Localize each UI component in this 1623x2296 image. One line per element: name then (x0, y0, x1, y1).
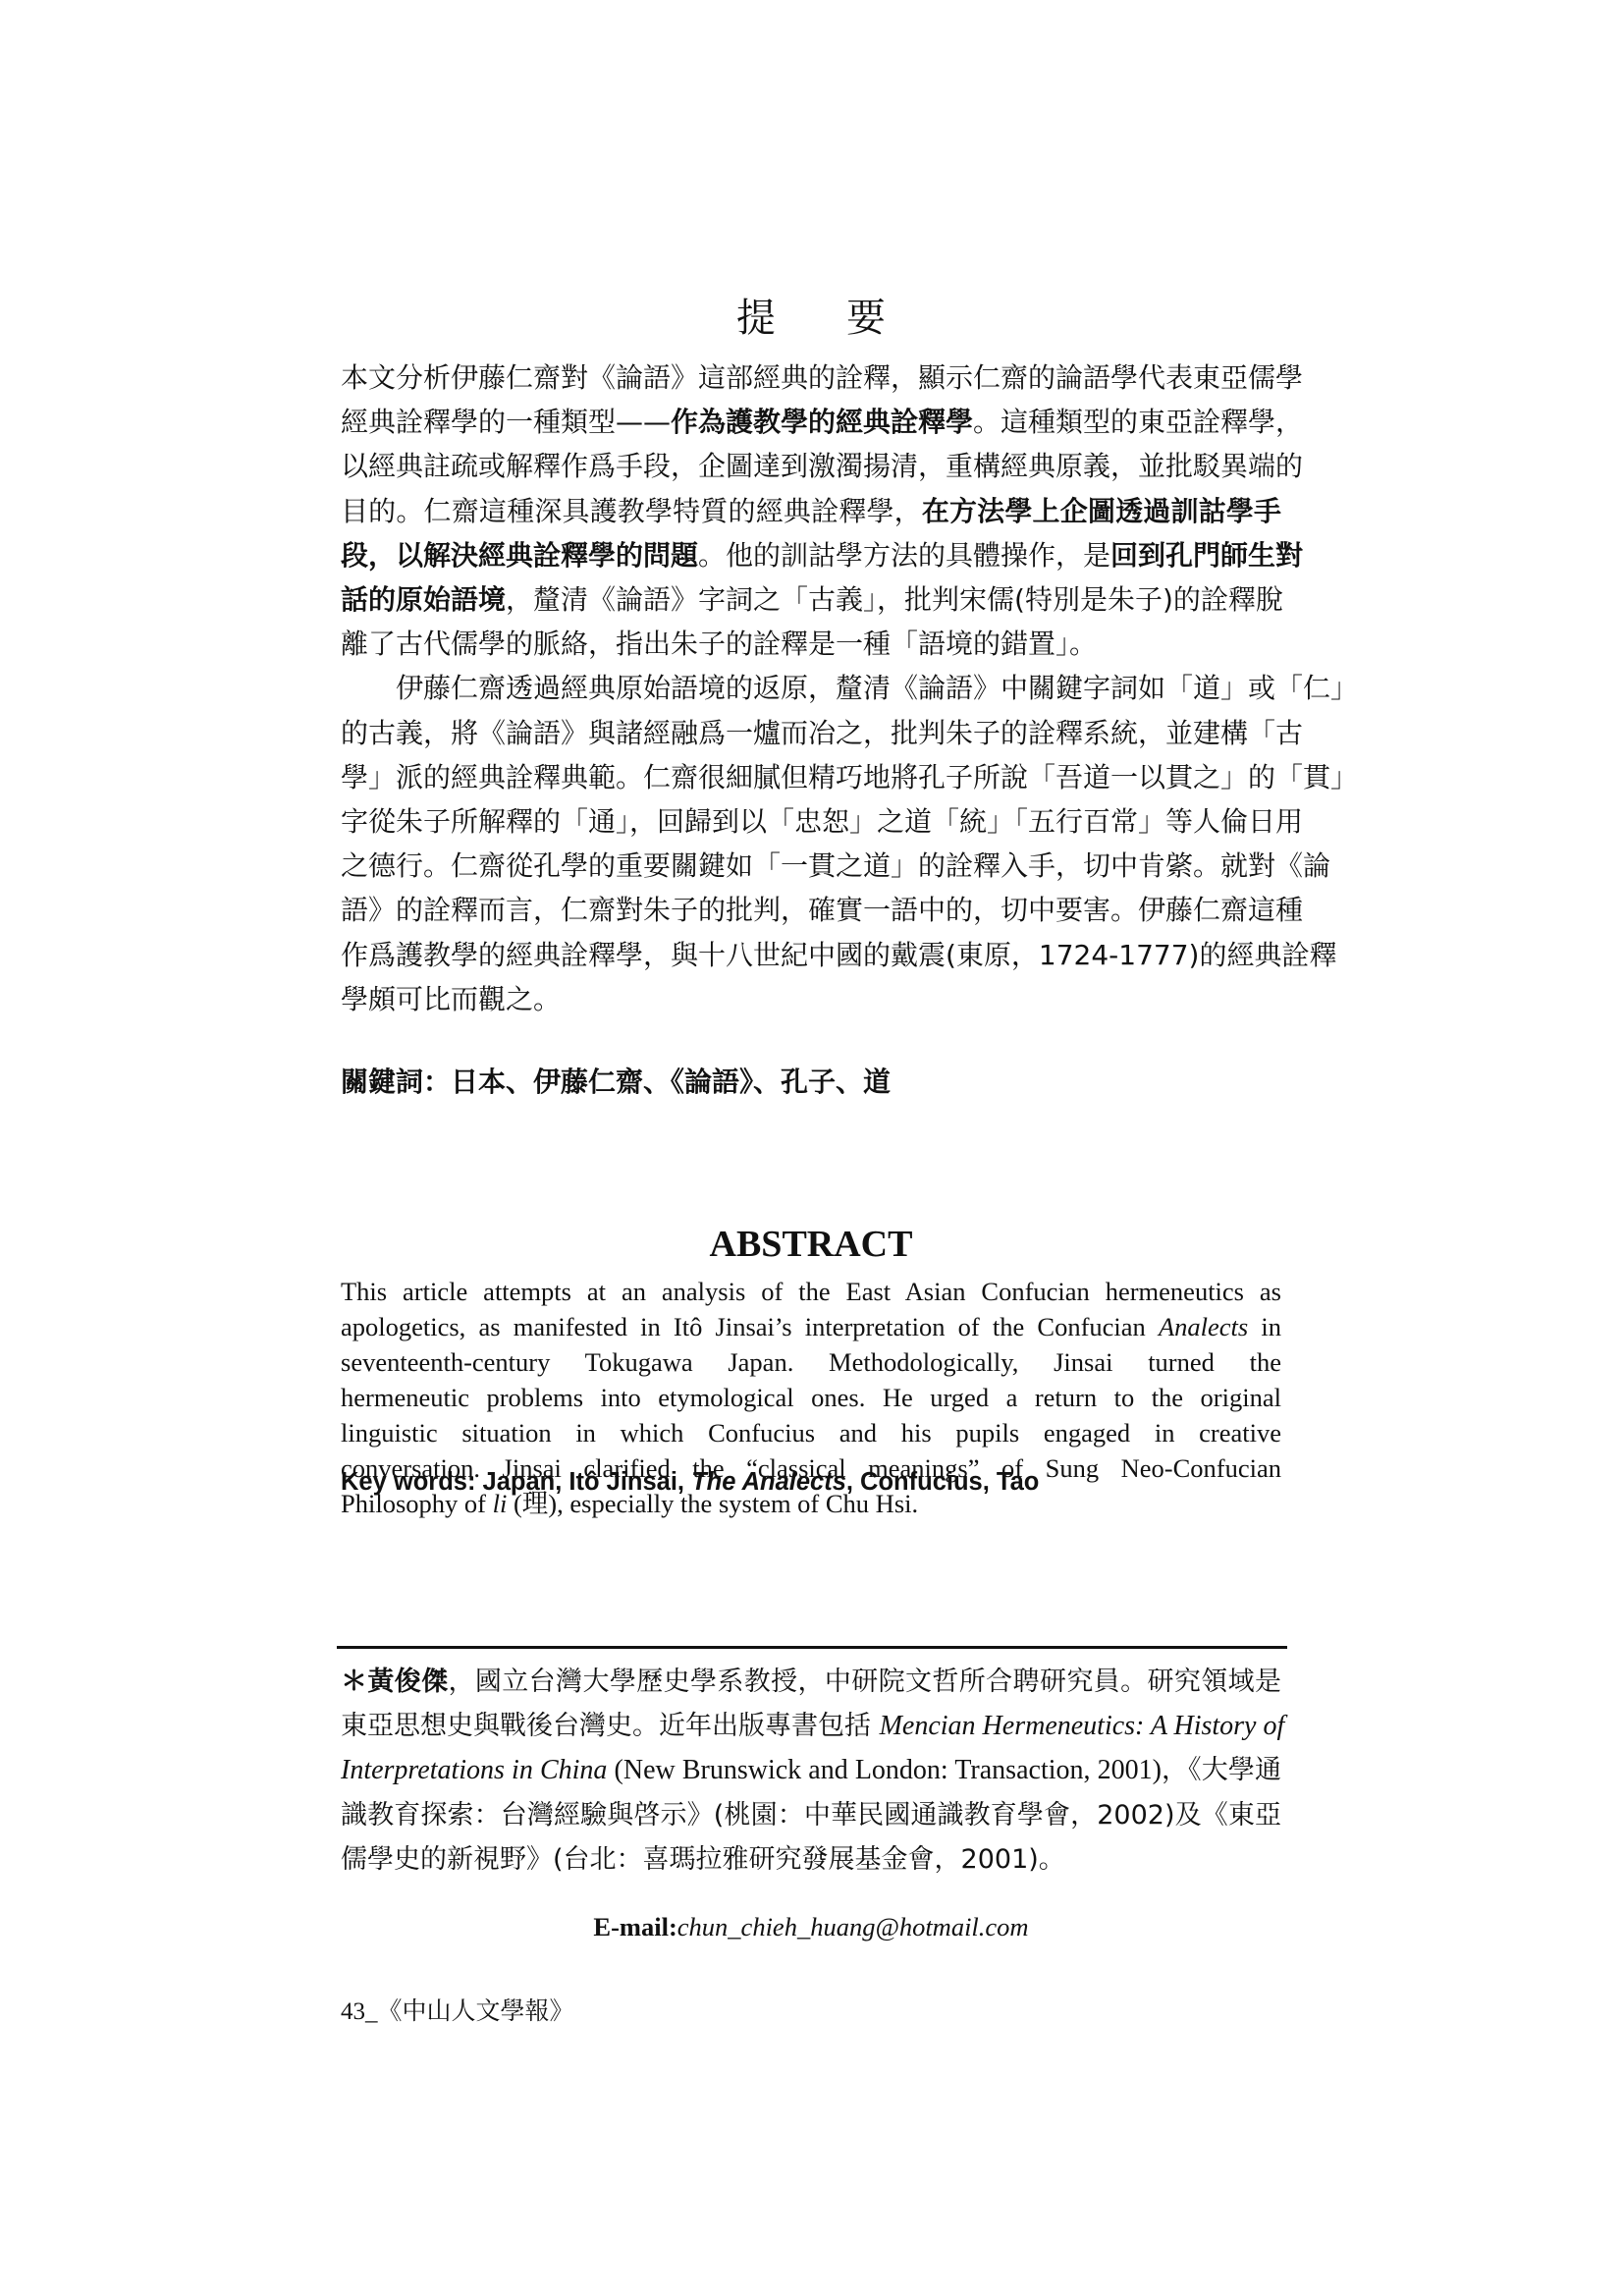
text-segment: 離了古代儒學的脈絡，指出朱子的詮釋是一種「語境的錯置」。 (341, 628, 1097, 660)
text-line: 離了古代儒學的脈絡，指出朱子的詮釋是一種「語境的錯置」。 (341, 622, 1281, 666)
text-line: 字從朱子所解釋的「通」，回歸到以「忠恕」之道「統」「五行百常」等人倫日用 (341, 799, 1281, 844)
author-email: E-mail:chun_chieh_huang@hotmail.com (341, 1909, 1281, 1944)
text-segment: 伊藤仁齋透過經典原始語境的返原，釐清《論語》中關鍵字詞如「道」或「仁」 (396, 672, 1358, 704)
text-line: 以經典註疏或解釋作爲手段，企圖達到激濁揚清，重構經典原義，並批駁異端的 (341, 444, 1281, 488)
english-keywords-prefix: Key words: Japan, Itô Jinsai, (341, 1468, 691, 1496)
text-segment: ，《大學通 (1162, 1755, 1281, 1785)
text-line: hermeneutic problems into etymological o… (341, 1380, 1281, 1415)
text-segment: 之德行。仁齋從孔學的重要關鍵如「一貫之道」的詮釋入手，切中肯綮。就對《論 (341, 849, 1330, 882)
page-footer: 43_《中山人文學報》 (341, 1995, 574, 2029)
text-line: seventeenth-century Tokugawa Japan. Meth… (341, 1344, 1281, 1380)
page-number: 43 (341, 1998, 365, 2025)
text-segment: 目的。仁齋這種深具護教學特質的經典詮釋學， (341, 495, 922, 527)
text-segment: 學頗可比而觀之。 (341, 983, 561, 1015)
text-line: 學」派的經典詮釋典範。仁齋很細膩但精巧地將孔子所說「吾道一以貫之」的「貫」 (341, 755, 1281, 799)
emphasized-phrase: 在方法學上企圖透過訓詁學手 (922, 495, 1281, 527)
english-keywords-italic: The Analects (691, 1468, 846, 1496)
emphasized-phrase: 作為護教學的經典詮釋學 (671, 406, 973, 438)
page-footer-separator: _ (365, 1998, 378, 2025)
text-line: 語》的詮釋而言，仁齋對朱子的批判，確實一語中的，切中要害。伊藤仁齋這種 (341, 888, 1281, 932)
emphasized-phrase: 回到孔門師生對 (1110, 539, 1303, 572)
text-line: 識教育探索：台灣經驗與啓示》(桃園：中華民國通識教育學會，2002)及《東亞 (341, 1793, 1281, 1837)
chinese-keywords: 關鍵詞：日本、伊藤仁齋、《論語》、孔子、道 (341, 1063, 891, 1102)
emphasized-phrase: 段，以解決經典詮釋學的問題 (341, 539, 698, 572)
text-segment: Interpretations in China (341, 1755, 607, 1785)
english-keywords: Key words: Japan, Itô Jinsai, The Analec… (341, 1465, 1039, 1499)
text-line: ＊黃俊傑，國立台灣大學歷史學系教授，中研院文哲所合聘研究員。研究領域是 (341, 1660, 1281, 1704)
text-segment: 的古義，將《論語》與諸經融爲一爐而冶之，批判朱子的詮釋系統，並建構「古 (341, 717, 1303, 749)
text-segment: 學」派的經典詮釋典範。仁齋很細膩但精巧地將孔子所說「吾道一以貫之」的「貫」 (341, 761, 1358, 793)
text-segment: seventeenth-century Tokugawa Japan. Meth… (341, 1347, 1281, 1377)
text-segment: 以經典註疏或解釋作爲手段，企圖達到激濁揚清，重構經典原義，並批駁異端的 (341, 450, 1303, 482)
text-line: 儒學史的新視野》(台北：喜瑪拉雅研究發展基金會，2001)。 (341, 1837, 1281, 1882)
text-line: 作爲護教學的經典詮釋學，與十八世紀中國的戴震(東原，1724-1777)的經典詮… (341, 933, 1281, 977)
text-segment: Analects (1159, 1312, 1248, 1341)
text-segment: This article attempts at an analysis of … (341, 1277, 1281, 1306)
text-segment: 。這種類型的東亞詮釋學， (973, 406, 1303, 438)
text-segment: (New Brunswick and London: Transaction, … (607, 1755, 1162, 1785)
text-segment: apologetics, as manifested in Itô Jinsai… (341, 1312, 1159, 1341)
text-segment: 經典詮釋學的一種類型—— (341, 406, 671, 438)
text-segment: 本文分析伊藤仁齋對《論語》這部經典的詮釋，顯示仁齋的論語學代表東亞儒學 (341, 361, 1303, 394)
text-line: 之德行。仁齋從孔學的重要關鍵如「一貫之道」的詮釋入手，切中肯綮。就對《論 (341, 844, 1281, 888)
text-segment: 作爲護教學的經典詮釋學，與十八世紀中國的戴震(東原，1724-1777)的經典詮… (341, 939, 1336, 971)
text-line: 目的。仁齋這種深具護教學特質的經典詮釋學，在方法學上企圖透過訓詁學手 (341, 489, 1281, 533)
text-segment: 儒學史的新視野》(台北：喜瑪拉雅研究發展基金會，2001)。 (341, 1844, 1065, 1875)
email-label: E-mail: (593, 1912, 676, 1941)
text-line: This article attempts at an analysis of … (341, 1274, 1281, 1309)
text-line: 的古義，將《論語》與諸經融爲一爐而冶之，批判朱子的詮釋系統，並建構「古 (341, 711, 1281, 755)
text-line: 本文分析伊藤仁齋對《論語》這部經典的詮釋，顯示仁齋的論語學代表東亞儒學 (341, 355, 1281, 400)
text-line: Interpretations in China (New Brunswick … (341, 1748, 1281, 1792)
text-segment: 。他的訓詁學方法的具體操作，是 (698, 539, 1110, 572)
text-segment: 識教育探索：台灣經驗與啓示》(桃園：中華民國通識教育學會，2002)及《東亞 (341, 1800, 1281, 1831)
text-segment: 語》的詮釋而言，仁齋對朱子的批判，確實一語中的，切中要害。伊藤仁齋這種 (341, 894, 1303, 926)
text-segment: linguistic situation in which Confucius … (341, 1418, 1281, 1448)
text-line: 伊藤仁齋透過經典原始語境的返原，釐清《論語》中關鍵字詞如「道」或「仁」 (341, 666, 1281, 710)
text-segment: ，國立台灣大學歷史學系教授，中研院文哲所合聘研究員。研究領域是 (449, 1667, 1281, 1697)
english-abstract-title: ABSTRACT (341, 1222, 1281, 1267)
text-segment: 東亞思想史與戰後台灣史。近年出版專書包括 (341, 1711, 880, 1741)
text-segment: ＊黃俊傑 (341, 1667, 449, 1697)
email-address-link[interactable]: chun_chieh_huang@hotmail.com (677, 1912, 1029, 1941)
author-footnote: ＊黃俊傑，國立台灣大學歷史學系教授，中研院文哲所合聘研究員。研究領域是東亞思想史… (341, 1660, 1281, 1882)
text-segment: in (1248, 1312, 1281, 1341)
text-line: linguistic situation in which Confucius … (341, 1415, 1281, 1450)
text-line: 話的原始語境，釐清《論語》字詞之「古義」，批判宋儒(特別是朱子)的詮釋脫 (341, 577, 1281, 622)
chinese-abstract-title: 提要 (341, 294, 1281, 343)
text-segment: hermeneutic problems into etymological o… (341, 1383, 1281, 1412)
chinese-abstract-paragraph-1: 本文分析伊藤仁齋對《論語》這部經典的詮釋，顯示仁齋的論語學代表東亞儒學經典詮釋學… (341, 355, 1281, 666)
text-segment: ，釐清《論語》字詞之「古義」，批判宋儒(特別是朱子)的詮釋脫 (506, 583, 1283, 616)
text-line: 段，以解決經典詮釋學的問題。他的訓詁學方法的具體操作，是回到孔門師生對 (341, 533, 1281, 577)
text-line: apologetics, as manifested in Itô Jinsai… (341, 1309, 1281, 1344)
journal-name: 《中山人文學報》 (378, 1998, 574, 2025)
chinese-abstract-body: 本文分析伊藤仁齋對《論語》這部經典的詮釋，顯示仁齋的論語學代表東亞儒學經典詮釋學… (341, 355, 1281, 1021)
emphasized-phrase: 話的原始語境 (341, 583, 506, 616)
text-line: 學頗可比而觀之。 (341, 977, 1281, 1021)
text-line: 東亞思想史與戰後台灣史。近年出版專書包括 Mencian Hermeneutic… (341, 1704, 1281, 1748)
text-segment: 字從朱子所解釋的「通」，回歸到以「忠恕」之道「統」「五行百常」等人倫日用 (341, 805, 1303, 838)
footnote-divider (337, 1646, 1287, 1649)
english-keywords-suffix: , Confucius, Tao (846, 1468, 1039, 1496)
chinese-abstract-paragraph-2: 伊藤仁齋透過經典原始語境的返原，釐清《論語》中關鍵字詞如「道」或「仁」的古義，將… (341, 666, 1281, 1021)
text-line: 經典詮釋學的一種類型——作為護教學的經典詮釋學。這種類型的東亞詮釋學， (341, 400, 1281, 444)
text-segment: Mencian Hermeneutics: A History of (880, 1711, 1285, 1741)
